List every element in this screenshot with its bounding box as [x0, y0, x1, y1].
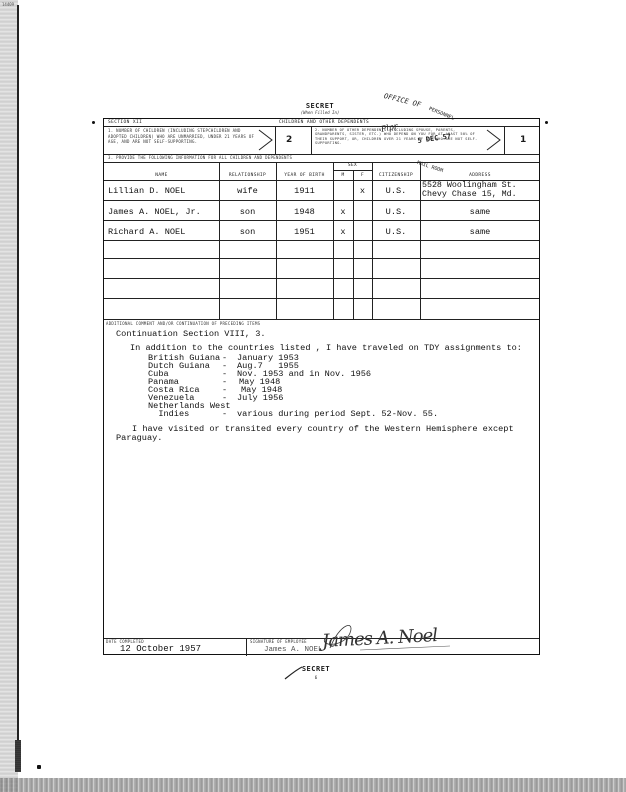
dependent-sex-m: x	[333, 227, 353, 237]
section-title: CHILDREN AND OTHER DEPENDENTS	[224, 120, 424, 125]
signature-label: SIGNATURE OF EMPLOYEE	[250, 639, 307, 644]
arrow-right-icon	[486, 129, 502, 151]
header-sex: SEX	[333, 163, 372, 168]
trip-date: various during period Sept. 52-Nov. 55.	[237, 409, 438, 419]
trip-date: July 1956	[237, 393, 283, 403]
header-address: ADDRESS	[420, 173, 540, 178]
classification-top: SECRET	[290, 102, 350, 110]
dependent-address-line2: Chevy Chase 15, Md.	[422, 190, 517, 199]
divider	[504, 126, 505, 154]
scan-binding-line	[17, 5, 19, 745]
table-row-empty	[104, 298, 539, 319]
comments-closing-line1: I have visited or transited every countr…	[132, 424, 514, 434]
scan-left-edge-noise	[0, 0, 18, 792]
dependent-name: Richard A. NOEL	[108, 227, 185, 237]
section-label: SECTION XII	[108, 120, 142, 125]
dependent-year: 1948	[276, 207, 333, 217]
date-completed-value: 12 October 1957	[120, 644, 201, 654]
office-stamp: OFFICE OF	[383, 92, 422, 109]
children-count: 2	[286, 135, 292, 145]
header-year-of-birth: YEAR OF BIRTH	[276, 173, 333, 178]
header-citizenship: CITIZENSHIP	[372, 173, 420, 178]
dependent-year: 1951	[276, 227, 333, 237]
dependent-address-line1: 5528 Woolingham St.	[422, 181, 517, 190]
item3-text: 3. PROVIDE THE FOLLOWING INFORMATION FOR…	[108, 155, 292, 160]
dependent-name: James A. NOEL, Jr.	[108, 207, 201, 217]
item2-text: 2. NUMBER OF OTHER DEPENDENTS (including…	[315, 128, 483, 145]
divider	[104, 162, 539, 163]
scan-bar-mark	[15, 740, 21, 772]
table-row-empty	[104, 258, 539, 278]
divider	[104, 319, 539, 320]
table-row-empty	[104, 240, 539, 258]
divider	[311, 126, 312, 154]
scan-dot-mark	[37, 765, 41, 769]
other-dependents-count: 1	[520, 135, 526, 145]
comments-heading: Continuation Section VIII, 3.	[116, 329, 266, 339]
dependent-citizenship: U.S.	[372, 207, 420, 217]
signature-flourish-icon	[300, 618, 460, 658]
dependent-sex-f: x	[353, 186, 372, 196]
dependent-address: same	[420, 207, 540, 217]
divider	[275, 126, 276, 154]
header-sex-m: M	[333, 173, 353, 178]
dependent-relationship: son	[219, 207, 276, 217]
trip-dash: -	[222, 409, 227, 419]
dependent-relationship: wife	[219, 186, 276, 196]
table-row-empty	[104, 278, 539, 298]
dependents-form: SECTION XII CHILDREN AND OTHER DEPENDENT…	[103, 118, 540, 655]
divider	[104, 200, 539, 201]
header-sex-f: F	[353, 173, 372, 178]
pen-mark-icon	[284, 666, 304, 680]
dependent-citizenship: U.S.	[372, 186, 420, 196]
punch-hole-left	[92, 121, 95, 124]
divider	[104, 220, 539, 221]
dependent-sex-m: x	[333, 207, 353, 217]
divider	[104, 126, 539, 127]
header-relationship: RELATIONSHIP	[219, 173, 276, 178]
classification-subtitle: (When Filled In)	[285, 110, 355, 115]
dependent-name: Lillian D. NOEL	[108, 186, 185, 196]
comments-closing-line2: Paraguay.	[116, 433, 162, 443]
comments-label: ADDITIONAL COMMENT AND/OR CONTINUATION O…	[106, 321, 260, 326]
dependent-citizenship: U.S.	[372, 227, 420, 237]
document-id-mark: 14409	[2, 2, 14, 7]
divider	[333, 170, 372, 171]
trip-country: Indies	[148, 409, 189, 419]
divider	[246, 638, 247, 656]
item1-text: 1. NUMBER OF CHILDREN (including stepchi…	[108, 128, 258, 145]
page-number: 6	[306, 675, 326, 680]
dependent-relationship: son	[219, 227, 276, 237]
arrow-right-icon	[258, 129, 274, 151]
comments-intro: In addition to the countries listed , I …	[130, 343, 522, 353]
scan-bottom-edge-noise	[0, 778, 626, 792]
dependent-address: same	[420, 227, 540, 237]
dependent-year: 1911	[276, 186, 333, 196]
punch-hole-right	[545, 121, 548, 124]
header-name: NAME	[104, 173, 219, 178]
